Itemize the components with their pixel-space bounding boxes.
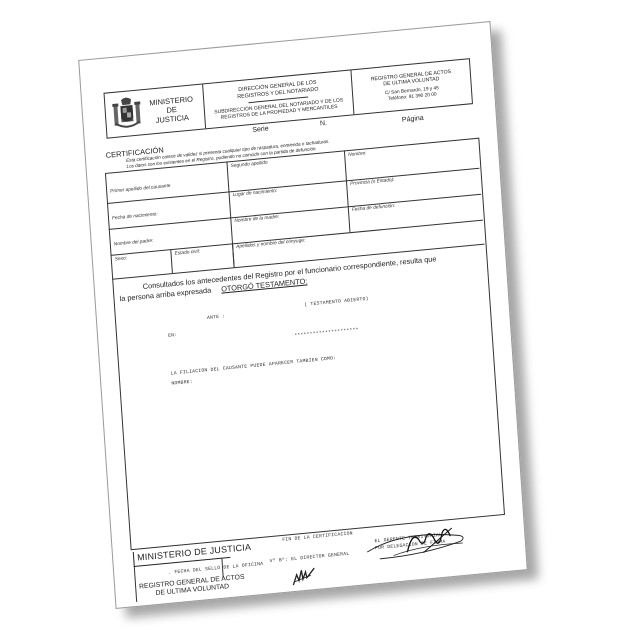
director-signature-icon [290,565,317,587]
registry-contact: C/ San Bernardo, 19 y 45 Teléfono: 91 39… [385,86,440,103]
ministry-block: MINISTERIO DE JUSTICIA [105,84,207,137]
direction-block: DIRECCIÓN GENERAL DE LOS REGISTROS Y DEL… [203,70,354,128]
seal-date-label: . FECHA DEL SELLO DE LA OFICINA [168,562,263,576]
document-photo: MINISTERIO DE JUSTICIA DIRECCIÓN GENERAL… [0,0,630,630]
place-label: EN: [168,333,178,339]
director-approval: Vº Bº: EL DIRECTOR GENERAL [270,552,350,565]
number-label: N. [320,120,327,128]
footer-registry: REGISTRO GENERAL DE ACTOS DE ULTIMA VOLU… [139,574,245,600]
registry-title: REGISTRO GENERAL DE ACTOS DE ULTIMA VOLU… [371,69,452,89]
letterhead: MINISTERIO DE JUSTICIA DIRECCIÓN GENERAL… [103,58,472,139]
subdirection-title: SUBDIRECCIÓN GENERAL DEL NOTARIADO Y DE … [214,97,344,121]
certificate-frame [105,138,505,551]
coat-of-arms-icon [111,95,143,132]
serie-label: Serie [252,125,269,134]
page-label: Página [402,115,424,124]
ministry-name: MINISTERIO DE JUSTICIA [149,94,194,125]
stamp-border [134,566,137,602]
registry-block: REGISTRO GENERAL DE ACTOS DE ULTIMA VOLU… [351,59,471,114]
certificate-page: MINISTERIO DE JUSTICIA DIRECCIÓN GENERAL… [78,21,528,609]
